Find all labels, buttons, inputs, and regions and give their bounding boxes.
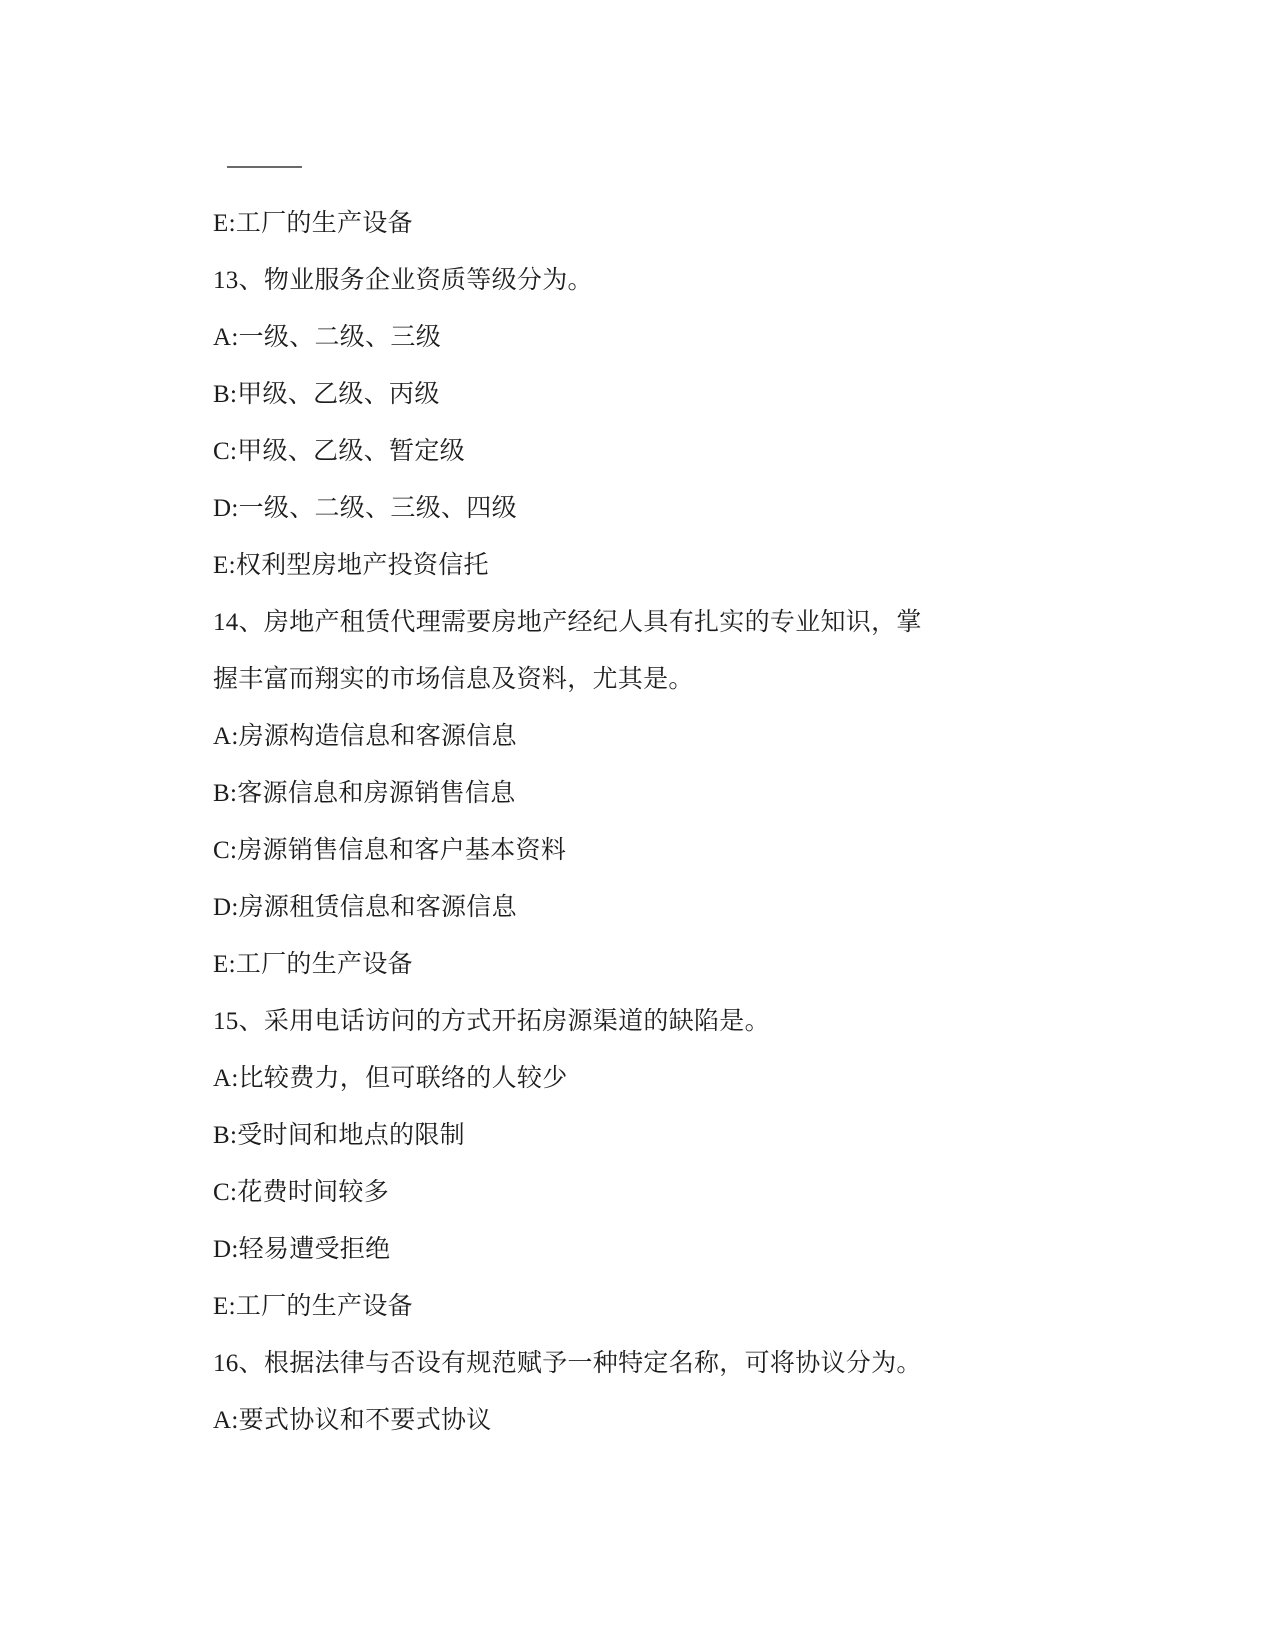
option-line: A:房源构造信息和客源信息 <box>213 708 1215 765</box>
blank-answer-line <box>213 138 1215 195</box>
answer-blank <box>227 166 302 168</box>
option-line: C:甲级、乙级、暂定级 <box>213 423 1215 480</box>
option-line: E:工厂的生产设备 <box>213 1278 1215 1335</box>
carryover-option-line: E:工厂的生产设备 <box>213 195 1215 252</box>
question-stem-line: 握丰富而翔实的市场信息及资料，尤其是。 <box>213 651 1215 708</box>
option-line: E:权利型房地产投资信托 <box>213 537 1215 594</box>
document-content: E:工厂的生产设备13、物业服务企业资质等级分为。A:一级、二级、三级B:甲级、… <box>213 138 1215 1449</box>
option-line: B:客源信息和房源销售信息 <box>213 765 1215 822</box>
question-stem-line: 16、根据法律与否设有规范赋予一种特定名称，可将协议分为。 <box>213 1335 1215 1392</box>
option-line: E:工厂的生产设备 <box>213 936 1215 993</box>
option-line: A:要式协议和不要式协议 <box>213 1392 1215 1449</box>
question-stem-line: 15、采用电话访问的方式开拓房源渠道的缺陷是。 <box>213 993 1215 1050</box>
option-line: B:甲级、乙级、丙级 <box>213 366 1215 423</box>
option-line: D:一级、二级、三级、四级 <box>213 480 1215 537</box>
option-line: A:一级、二级、三级 <box>213 309 1215 366</box>
question-stem-line: 13、物业服务企业资质等级分为。 <box>213 252 1215 309</box>
question-stem-line: 14、房地产租赁代理需要房地产经纪人具有扎实的专业知识，掌 <box>213 594 1215 651</box>
option-line: D:房源租赁信息和客源信息 <box>213 879 1215 936</box>
document-page: E:工厂的生产设备13、物业服务企业资质等级分为。A:一级、二级、三级B:甲级、… <box>0 0 1275 1650</box>
option-line: B:受时间和地点的限制 <box>213 1107 1215 1164</box>
option-line: D:轻易遭受拒绝 <box>213 1221 1215 1278</box>
option-line: A:比较费力，但可联络的人较少 <box>213 1050 1215 1107</box>
option-line: C:房源销售信息和客户基本资料 <box>213 822 1215 879</box>
option-line: C:花费时间较多 <box>213 1164 1215 1221</box>
